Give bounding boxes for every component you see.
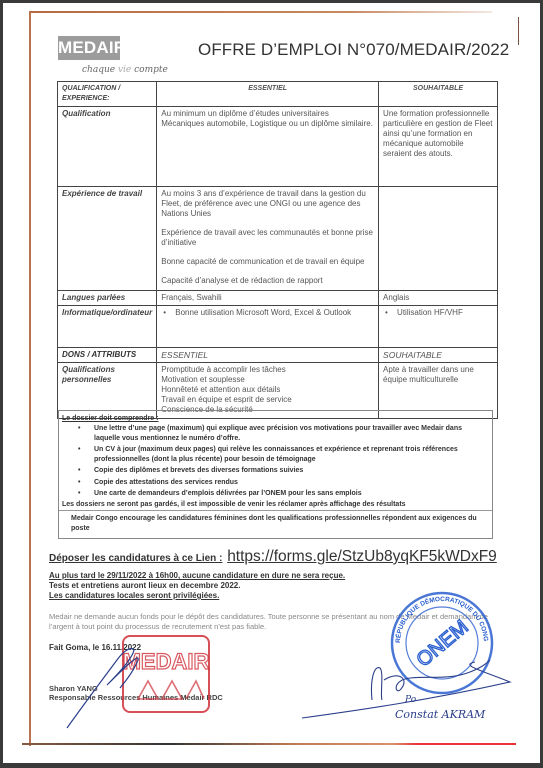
border-left <box>29 11 31 746</box>
page-title: OFFRE D’EMPLOI N°070/MEDAIR/2022 <box>198 40 509 60</box>
row-essentiel: Français, Swahili <box>157 291 379 306</box>
requirements-table: QUALIFICATION / EXPERIENCE: ESSENTIEL SO… <box>57 81 498 419</box>
cell-text: Expérience de travail avec les communaut… <box>161 228 374 248</box>
row-souhaitable <box>379 187 498 291</box>
cell-text: Au minimum un diplôme d’études universit… <box>161 109 374 129</box>
tests-text: Tests et entretiens auront lieux en dece… <box>49 581 345 591</box>
cell-text: Bonne capacité de communication et de tr… <box>161 257 374 267</box>
cell-text: Capacité d’analyse et de rédaction de ra… <box>161 276 374 286</box>
cell-text: Motivation et souplesse <box>161 375 374 385</box>
table-header-row: QUALIFICATION / EXPERIENCE: ESSENTIEL SO… <box>58 82 498 107</box>
list-item: Copie des diplômes et brevets des divers… <box>75 466 487 476</box>
header-souhaitable-2: SOUHAITABLE <box>379 348 498 363</box>
list-item: Copie des attestations des services rend… <box>75 478 487 488</box>
row-souhaitable: Une formation professionnelle particuliè… <box>379 107 498 187</box>
header-dons: DONS / ATTRIBUTS <box>58 348 157 363</box>
logo-tagline: chaque vie compte <box>82 65 168 75</box>
row-souhaitable: Anglais <box>379 291 498 306</box>
cell-text: Bonne utilisation Microsoft Word, Excel … <box>161 308 374 318</box>
header-essentiel: ESSENTIEL <box>157 82 379 107</box>
row-label: Qualification <box>58 107 157 187</box>
signature-scribble-icon <box>62 640 142 730</box>
row-essentiel: Au minimum un diplôme d’études universit… <box>157 107 379 187</box>
medair-logo: MEDAIR <box>58 36 120 60</box>
row-essentiel: Bonne utilisation Microsoft Word, Excel … <box>157 306 379 348</box>
row-essentiel: Au moins 3 ans d’expérience de travail d… <box>157 187 379 291</box>
submission-line: Déposer les candidatures à ce Lien : htt… <box>49 548 497 566</box>
application-link[interactable]: https://forms.gle/StzUb8yqKF5kWDxF9 <box>227 548 497 565</box>
header-qualification: QUALIFICATION / EXPERIENCE: <box>58 82 157 107</box>
cell-text: Travail en équipe et esprit de service <box>161 395 374 405</box>
dossier-heading: Le dossier doit comprendre : <box>62 414 158 424</box>
list-item: Une lettre d’une page (maximum) qui expl… <box>75 424 487 443</box>
cell-text: Au moins 3 ans d’expérience de travail d… <box>161 189 374 219</box>
border-right <box>518 17 519 45</box>
table-row: Informatique/ordinateur Bonne utilisatio… <box>58 306 498 348</box>
cell-text: Honnêteté et attention aux détails <box>161 385 374 395</box>
border-bottom <box>22 743 516 745</box>
svg-text:Po: Po <box>404 695 417 705</box>
border-top <box>30 11 492 13</box>
list-item: Un CV à jour (maximum deux pages) qui re… <box>75 445 487 464</box>
dossier-box: Le dossier doit comprendre : Une lettre … <box>58 410 493 539</box>
dossier-list: Une lettre d’une page (maximum) qui expl… <box>75 424 487 501</box>
row-label: Informatique/ordinateur <box>58 306 157 348</box>
row-label: Langues parlées <box>58 291 157 306</box>
row-label: Expérience de travail <box>58 187 157 291</box>
cell-text: Promptitude à accomplir les tâches <box>161 365 374 375</box>
deadline-text: Au plus tard le 29/11/2022 à 16h00, aucu… <box>49 571 345 581</box>
table-row: Qualification Au minimum un diplôme d’ét… <box>58 107 498 187</box>
list-item: Une carte de demandeurs d’emplois délivr… <box>75 489 487 499</box>
tagline-part: vie <box>118 65 131 75</box>
deadline-block: Au plus tard le 29/11/2022 à 16h00, aucu… <box>49 571 345 601</box>
cell-text: Utilisation HF/VHF <box>383 308 493 318</box>
tagline-part: compte <box>131 65 168 75</box>
local-text: Les candidatures locales seront privilég… <box>49 591 345 601</box>
encouragement-text: Medair Congo encourage les candidatures … <box>71 514 481 533</box>
submission-label: Déposer les candidatures à ce Lien : <box>49 553 222 564</box>
cell-text: Français, Swahili <box>161 293 374 303</box>
handwritten-signature-icon: Po Constat AKRAM <box>300 650 520 720</box>
tagline-part: chaque <box>82 65 118 75</box>
table-header-row: DONS / ATTRIBUTS ESSENTIEL SOUHAITABLE <box>58 348 498 363</box>
header-souhaitable: SOUHAITABLE <box>379 82 498 107</box>
row-souhaitable: Utilisation HF/VHF <box>379 306 498 348</box>
divider <box>59 510 492 511</box>
header-essentiel-2: ESSENTIEL <box>157 348 379 363</box>
dossier-note: Les dossiers ne seront pas gardés, il es… <box>62 500 406 510</box>
svg-text:Constat AKRAM: Constat AKRAM <box>395 708 486 720</box>
table-row: Langues parlées Français, Swahili Anglai… <box>58 291 498 306</box>
table-row: Expérience de travail Au moins 3 ans d’e… <box>58 187 498 291</box>
